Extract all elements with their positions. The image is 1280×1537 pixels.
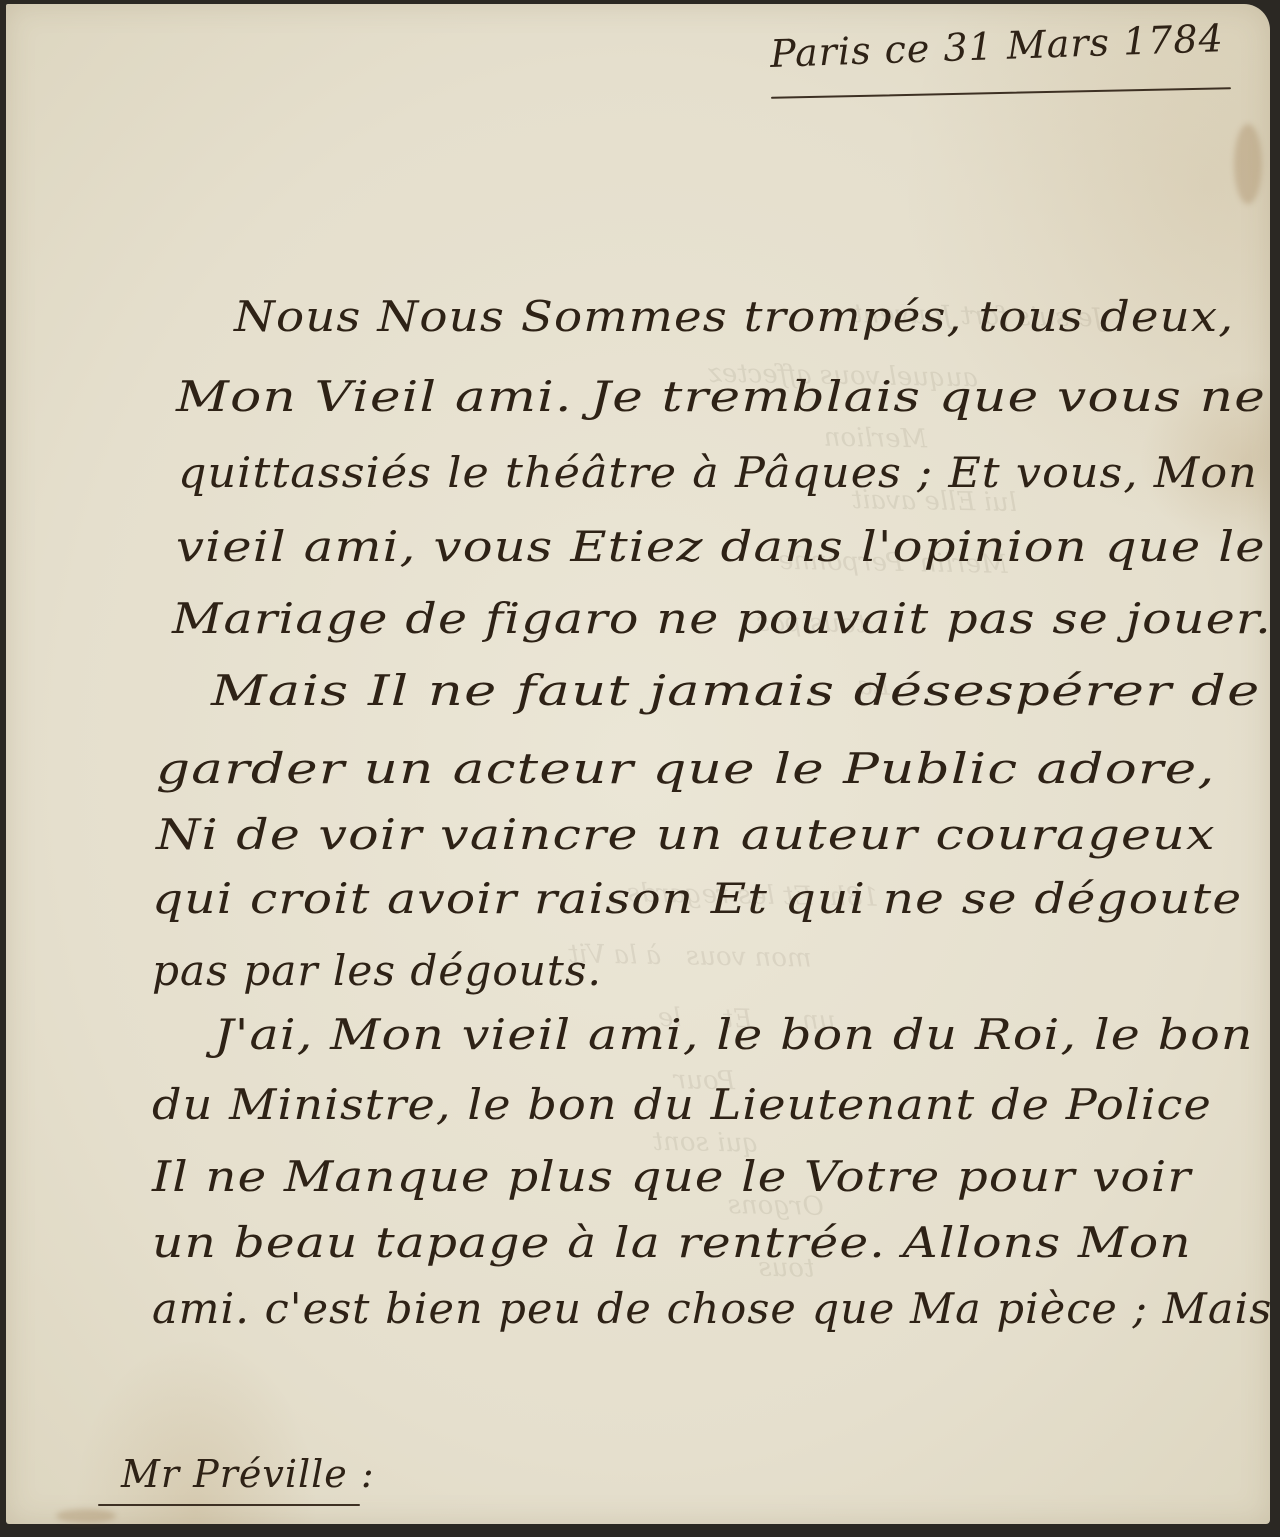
letter-line: Nous Nous Sommes trompés, tous deux, bbox=[234, 292, 1234, 341]
foxing-stain bbox=[56, 1509, 116, 1523]
letter-line: un beau tapage à la rentrée. Allons Mon bbox=[152, 1218, 1192, 1267]
letter-line: Il ne Manque plus que le Votre pour voir bbox=[152, 1152, 1192, 1201]
letter-line: vieil ami, vous Etiez dans l'opinion que… bbox=[176, 522, 1266, 571]
scanned-document: Je suis fort Jouvent auquel vous affecte… bbox=[0, 0, 1280, 1537]
dateline-underline bbox=[771, 87, 1231, 99]
letter-line: pas par les dégouts. bbox=[152, 946, 602, 995]
show-through-text: Je suis fort Jouvent auquel vous affecte… bbox=[702, 281, 1103, 722]
letter-line: ami. c'est bien peu de chose que Ma pièc… bbox=[152, 1284, 1272, 1333]
letter-line: Mais Il ne faut jamais désespérer de bbox=[211, 666, 1261, 715]
addressee: Mr Préville : bbox=[121, 1452, 375, 1496]
letter-line: Ni de voir vaincre un auteur courageux bbox=[156, 810, 1216, 859]
addressee-underline bbox=[98, 1504, 360, 1506]
letter-line: garder un acteur que le Public adore, bbox=[156, 744, 1216, 793]
letter-page: Je suis fort Jouvent auquel vous affecte… bbox=[6, 4, 1270, 1524]
dateline: Paris ce 31 Mars 1784 bbox=[769, 16, 1224, 76]
letter-line: quittassiés le théâtre à Pâques ; Et vou… bbox=[178, 448, 1258, 497]
letter-line: Mariage de figaro ne pouvait pas se joue… bbox=[172, 594, 1272, 643]
letter-line: qui croit avoir raison Et qui ne se dégo… bbox=[152, 874, 1242, 923]
letter-line: du Ministre, le bon du Lieutenant de Pol… bbox=[152, 1080, 1212, 1129]
foxing-stain bbox=[1234, 124, 1262, 204]
letter-line: J'ai, Mon vieil ami, le bon du Roi, le b… bbox=[214, 1010, 1254, 1059]
letter-line: Mon Vieil ami. Je tremblais que vous ne bbox=[176, 372, 1266, 421]
